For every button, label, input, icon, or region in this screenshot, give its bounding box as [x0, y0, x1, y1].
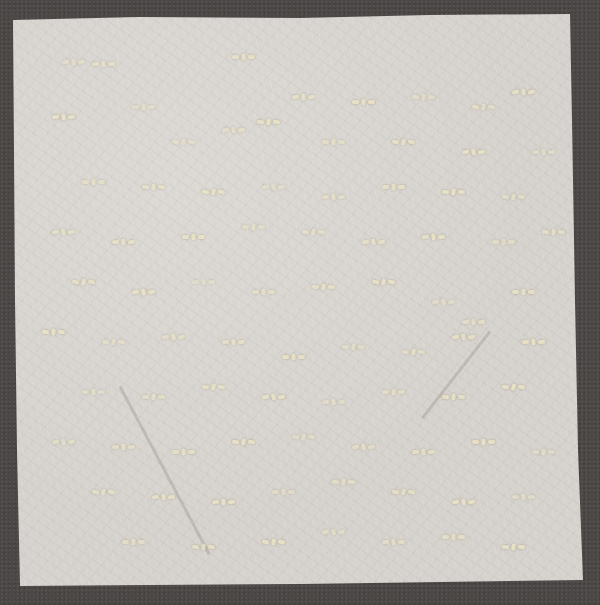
- stitch-mark: [352, 444, 360, 450]
- stitch-mark: [368, 444, 376, 450]
- stitch-mark: [522, 340, 529, 345]
- stitch-mark: [321, 283, 326, 290]
- stitch-mark: [452, 334, 460, 340]
- stitch-mark: [391, 538, 396, 545]
- stitch-mark: [338, 195, 345, 200]
- stitch-mark: [218, 189, 226, 195]
- stitch-mark: [118, 339, 126, 345]
- stitch-mark: [331, 398, 336, 405]
- stitch-mark: [81, 278, 87, 286]
- stitch-mark: [301, 93, 306, 100]
- stitch-mark: [558, 230, 565, 235]
- stitch-mark: [502, 384, 510, 390]
- stitch-mark: [358, 345, 365, 350]
- stitch-mark: [492, 240, 499, 244]
- stitch-mark: [392, 184, 396, 191]
- stitch-mark: [471, 148, 477, 156]
- stitch-mark: [61, 228, 67, 236]
- stitch-mark: [92, 179, 96, 186]
- stitch-mark: [192, 234, 196, 241]
- stitch-mark: [402, 349, 410, 355]
- stitch-mark: [541, 448, 546, 455]
- stitch-mark: [58, 330, 65, 335]
- stitch-mark: [428, 95, 435, 100]
- stitch-mark: [448, 299, 456, 305]
- stitch-mark: [432, 299, 440, 305]
- stitch-mark: [341, 478, 346, 485]
- stitch-mark: [292, 95, 299, 100]
- stitch-mark: [102, 339, 110, 345]
- stitch-mark: [322, 140, 329, 145]
- stitch-mark: [266, 118, 271, 125]
- stitch-mark: [502, 545, 509, 550]
- stitch-mark: [548, 150, 555, 155]
- stitch-mark: [538, 340, 545, 345]
- stitch-mark: [268, 290, 275, 294]
- stitch-mark: [478, 149, 486, 155]
- stitch-mark: [52, 115, 59, 120]
- stitch-mark: [441, 298, 447, 306]
- stitch-mark: [331, 193, 336, 200]
- stitch-mark: [458, 535, 465, 539]
- stitch-mark: [528, 290, 535, 294]
- stitch-mark: [242, 225, 249, 230]
- stitch-mark: [368, 100, 375, 104]
- stitch-mark: [512, 290, 519, 294]
- stitch-mark: [262, 289, 266, 296]
- stitch-mark: [452, 499, 460, 505]
- stitch-mark: [331, 528, 337, 536]
- stitch-mark: [461, 498, 467, 506]
- stitch-mark: [121, 443, 126, 450]
- stitch-mark: [282, 489, 286, 496]
- stitch-mark: [178, 334, 186, 340]
- stitch-mark: [92, 489, 100, 495]
- stitch-mark: [241, 438, 246, 445]
- stitch-mark: [322, 400, 329, 405]
- stitch-mark: [362, 239, 370, 245]
- stitch-mark: [282, 355, 289, 359]
- stitch-mark: [122, 540, 129, 544]
- stitch-mark: [278, 184, 286, 190]
- stitch-mark: [132, 105, 139, 109]
- stitch-mark: [68, 115, 75, 120]
- stitch-mark: [92, 62, 99, 67]
- stitch-mark: [338, 400, 345, 405]
- stitch-mark: [271, 538, 277, 546]
- stitch-mark: [98, 180, 105, 184]
- stitch-mark: [288, 490, 295, 494]
- stitch-mark: [262, 539, 270, 545]
- stitch-mark: [381, 278, 387, 286]
- stitch-mark: [542, 230, 549, 235]
- stitch-mark: [528, 89, 536, 95]
- stitch-mark: [518, 194, 526, 200]
- stitch-mark: [532, 150, 539, 155]
- stitch-mark: [458, 395, 465, 400]
- stitch-mark: [392, 389, 396, 396]
- stitch-mark: [181, 138, 187, 146]
- stitch-mark: [162, 334, 170, 340]
- stitch-mark: [421, 448, 426, 455]
- stitch-mark: [251, 223, 256, 230]
- felt-background: [0, 0, 600, 605]
- stitch-mark: [292, 434, 300, 440]
- stitch-mark: [352, 100, 359, 104]
- stitch-mark: [142, 185, 149, 190]
- stitch-mark: [248, 440, 255, 445]
- stitch-mark: [388, 279, 396, 285]
- stitch-mark: [52, 439, 60, 445]
- stitch-mark: [168, 494, 176, 500]
- stitch-mark: [258, 225, 265, 230]
- stitch-mark: [202, 189, 210, 195]
- stitch-mark: [292, 354, 296, 361]
- crinkled-paper-artwork: [0, 0, 600, 605]
- stitch-mark: [502, 194, 510, 200]
- stitch-mark: [502, 239, 506, 246]
- stitch-mark: [392, 139, 400, 145]
- stitch-mark: [548, 450, 555, 455]
- stitch-mark: [308, 95, 315, 100]
- stitch-mark: [232, 440, 239, 445]
- stitch-mark: [451, 188, 456, 195]
- stitch-mark: [238, 340, 245, 345]
- stitch-mark: [322, 195, 329, 200]
- stitch-mark: [42, 330, 49, 335]
- stitch-mark: [138, 540, 145, 544]
- stitch-mark: [161, 493, 167, 501]
- stitch-mark: [541, 148, 546, 155]
- stitch-mark: [512, 89, 520, 95]
- stitch-mark: [257, 120, 264, 125]
- stitch-mark: [442, 395, 449, 400]
- stitch-mark: [192, 545, 199, 550]
- stitch-mark: [72, 279, 80, 285]
- stitch-mark: [318, 229, 326, 235]
- stitch-mark: [171, 333, 177, 341]
- stitch-mark: [462, 149, 470, 155]
- stitch-mark: [278, 539, 286, 545]
- stitch-mark: [142, 395, 149, 400]
- stitch-mark: [338, 140, 345, 145]
- stitch-mark: [412, 95, 419, 100]
- stitch-mark: [151, 393, 156, 400]
- stitch-mark: [461, 333, 467, 341]
- stitch-mark: [231, 126, 237, 134]
- stitch-mark: [528, 495, 535, 500]
- stitch-mark: [252, 290, 259, 294]
- stitch-mark: [521, 493, 526, 500]
- stitch-mark: [192, 280, 199, 285]
- stitch-mark: [338, 529, 346, 535]
- stitch-mark: [61, 438, 67, 446]
- stitch-mark: [311, 228, 317, 236]
- stitch-mark: [148, 289, 156, 295]
- stitch-mark: [222, 127, 230, 133]
- stitch-mark: [182, 235, 189, 239]
- stitch-mark: [132, 289, 140, 295]
- stitch-mark: [298, 355, 305, 359]
- stitch-mark: [242, 54, 246, 61]
- stitch-mark: [351, 343, 356, 350]
- stitch-mark: [468, 334, 476, 340]
- stitch-mark: [188, 450, 195, 454]
- stitch-mark: [382, 540, 389, 545]
- stitch-mark: [382, 390, 389, 394]
- stitch-mark: [101, 488, 107, 496]
- stitch-mark: [481, 103, 487, 111]
- stitch-mark: [442, 535, 449, 539]
- stitch-mark: [521, 88, 527, 96]
- stitch-mark: [98, 390, 105, 394]
- stitch-mark: [342, 345, 349, 350]
- stitch-mark: [82, 390, 89, 394]
- diagonal-fold: [119, 386, 211, 555]
- stitch-mark: [262, 394, 270, 400]
- stitch-mark: [412, 450, 419, 455]
- stitch-mark: [478, 320, 485, 325]
- stitch-mark: [312, 285, 319, 290]
- stitch-mark: [212, 500, 219, 505]
- stitch-mark: [472, 440, 479, 444]
- stitch-mark: [488, 104, 496, 110]
- stitch-mark: [112, 240, 119, 245]
- stitch-mark: [271, 183, 277, 191]
- stitch-mark: [422, 235, 429, 240]
- stitch-mark: [411, 348, 417, 356]
- stitch-mark: [211, 383, 217, 391]
- stitch-mark: [51, 328, 56, 335]
- stitch-mark: [211, 188, 217, 196]
- stitch-mark: [331, 138, 336, 145]
- stitch-mark: [202, 384, 210, 390]
- stitch-mark: [61, 113, 66, 120]
- stitch-mark: [472, 104, 480, 110]
- stitch-mark: [71, 58, 77, 66]
- stitch-mark: [111, 338, 117, 346]
- stitch-mark: [511, 383, 517, 391]
- stitch-mark: [278, 394, 286, 400]
- stitch-mark: [101, 60, 106, 67]
- stitch-mark: [112, 445, 119, 450]
- stitch-mark: [208, 280, 215, 285]
- stitch-mark: [232, 55, 239, 59]
- stitch-mark: [392, 489, 400, 495]
- stitch-mark: [431, 233, 436, 240]
- stitch-mark: [451, 393, 456, 400]
- stitch-mark: [272, 490, 279, 494]
- stitch-mark: [362, 99, 366, 106]
- stitch-mark: [128, 445, 135, 450]
- stitch-mark: [221, 498, 226, 505]
- stitch-mark: [382, 185, 389, 189]
- stitch-mark: [442, 190, 449, 195]
- stitch-mark: [371, 238, 377, 246]
- stitch-mark: [222, 340, 229, 345]
- stitch-mark: [132, 539, 136, 546]
- stitch-mark: [182, 449, 186, 456]
- stitch-mark: [511, 543, 516, 550]
- stitch-mark: [332, 480, 339, 485]
- stitch-mark: [78, 59, 86, 65]
- stitch-mark: [152, 494, 160, 500]
- stitch-mark: [398, 185, 405, 189]
- stitch-mark: [208, 545, 215, 550]
- stitch-mark: [68, 439, 76, 445]
- stitch-mark: [228, 500, 235, 505]
- stitch-mark: [52, 229, 60, 235]
- stitch-mark: [428, 450, 435, 455]
- stitch-mark: [532, 450, 539, 455]
- stitch-mark: [68, 229, 76, 235]
- stitch-mark: [198, 235, 205, 239]
- stitch-mark: [128, 240, 135, 245]
- stitch-mark: [401, 488, 407, 496]
- stitch-mark: [421, 93, 426, 100]
- stitch-mark: [82, 180, 89, 184]
- stitch-mark: [482, 439, 486, 446]
- stitch-mark: [452, 534, 456, 541]
- stitch-mark: [273, 120, 280, 125]
- stitch-mark: [522, 289, 526, 296]
- stitch-mark: [302, 229, 310, 235]
- stitch-mark: [92, 389, 96, 396]
- stitch-mark: [328, 285, 335, 290]
- stitch-mark: [188, 139, 196, 145]
- stitch-mark: [142, 104, 146, 111]
- stitch-mark: [551, 228, 556, 235]
- stitch-mark: [361, 443, 367, 451]
- stitch-mark: [201, 278, 206, 285]
- stitch-mark: [372, 279, 380, 285]
- stitch-mark: [262, 184, 270, 190]
- stitch-mark: [418, 349, 426, 355]
- stitch-mark: [408, 139, 416, 145]
- stitch-mark: [301, 433, 307, 441]
- stitch-mark: [141, 288, 147, 296]
- stitch-mark: [518, 545, 525, 550]
- stitch-mark: [518, 384, 526, 390]
- stitch-mark: [121, 238, 126, 245]
- stitch-mark: [271, 393, 277, 401]
- stitch-mark: [62, 59, 70, 65]
- stitch-mark: [378, 239, 386, 245]
- stitch-mark: [108, 489, 116, 495]
- stitch-mark: [462, 320, 469, 325]
- stitch-mark: [398, 540, 405, 545]
- stitch-mark: [401, 138, 407, 146]
- stitch-mark: [471, 318, 476, 325]
- stitch-mark: [158, 395, 165, 400]
- stitch-mark: [238, 127, 246, 133]
- stitch-mark: [531, 338, 536, 345]
- stitch-mark: [511, 193, 517, 201]
- stitch-mark: [508, 240, 515, 244]
- stitch-mark: [88, 279, 96, 285]
- stitch-mark: [151, 183, 156, 190]
- stitch-mark: [488, 440, 495, 444]
- stitch-mark: [512, 495, 519, 500]
- stitch-mark: [218, 384, 226, 390]
- stitch-mark: [458, 190, 465, 195]
- stitch-mark: [348, 480, 355, 485]
- stitch-mark: [248, 55, 255, 59]
- stitch-mark: [308, 434, 316, 440]
- stitch-mark: [322, 529, 330, 535]
- stitch-mark: [172, 450, 179, 454]
- diagonal-fold: [421, 331, 491, 420]
- stitch-mark: [148, 105, 155, 109]
- stitch-mark: [158, 185, 165, 190]
- stitch-mark: [408, 489, 416, 495]
- stitch-mark: [231, 338, 236, 345]
- stitch-mark: [172, 139, 180, 145]
- stitch-mark: [398, 390, 405, 394]
- stitch-mark: [468, 499, 476, 505]
- stitch-mark: [108, 62, 115, 67]
- stitch-mark: [438, 235, 445, 240]
